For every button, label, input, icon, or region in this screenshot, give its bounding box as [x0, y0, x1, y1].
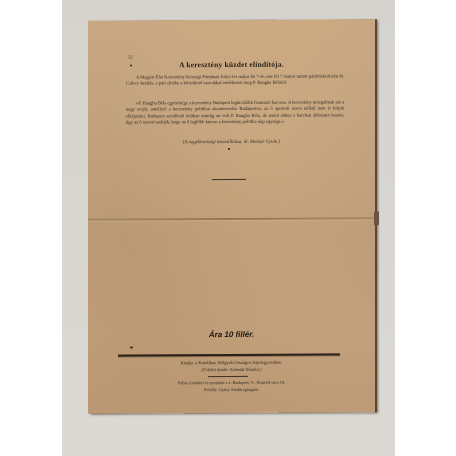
editor-line: (Felelős kiadó: Schmidt Nándor.): [88, 366, 375, 373]
ink-speck: [130, 65, 132, 67]
colophon-divider: [208, 376, 248, 377]
section-divider: [212, 179, 246, 180]
paragraph-2: »P. Bangha Béla egyénisége a keresztény …: [126, 99, 344, 125]
director-line: Felelős: Györy Aladár igazgató.: [88, 386, 375, 393]
price-label: Ára 10 fillér.: [88, 329, 375, 340]
ink-speck: [130, 347, 133, 349]
ink-speck: [228, 148, 230, 150]
fold-tear-edge: [374, 211, 379, 225]
colophon-rule: [118, 353, 340, 356]
attribution-line: (A nagykövetségi összeállítása. dr. Moln…: [88, 139, 375, 146]
page-fold-crease: [88, 217, 375, 221]
document-page: 32 A keresztény küzdet elindítója. A Mag…: [88, 19, 375, 414]
paragraph-1: A Magyar Élet Keresztény Községi Pártján…: [126, 73, 344, 87]
printer-line: Pallas irodalmi és nyomdai r.-t. Budapes…: [88, 379, 375, 386]
publisher-line: Kiadja: a Katolikus Hölgyek Országos Saj…: [88, 359, 375, 366]
